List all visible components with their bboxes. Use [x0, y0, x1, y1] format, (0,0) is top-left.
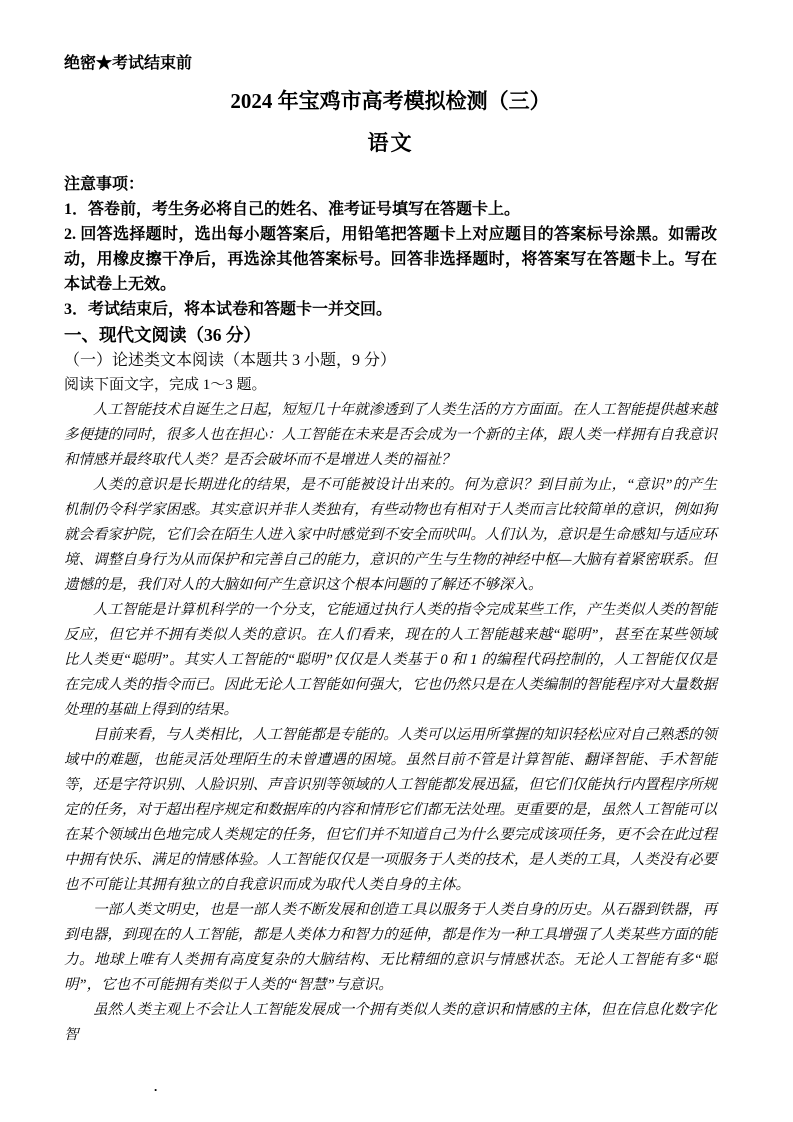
passage-paragraph-2: 人类的意识是长期进化的结果，是不可能被设计出来的。何为意识？到目前为止，“意识”…	[64, 473, 717, 598]
passage-paragraph-5: 一部人类文明史，也是一部人类不断发展和创造工具以服务于人类自身的历史。从石器到铁…	[64, 898, 717, 998]
passage-paragraph-1: 人工智能技术自诞生之日起，短短几十年就渗透到了人类生活的方方面面。在人工智能提供…	[64, 398, 717, 473]
exam-paper-page: 绝密★考试结束前 2024 年宝鸡市高考模拟检测（三） 语文 注意事项： 1．答…	[0, 0, 793, 1122]
stray-dot-artifact: .	[154, 1080, 157, 1093]
notice-item-1: 1．答卷前，考生务必将自己的姓名、准考证号填写在答题卡上。	[64, 197, 717, 222]
notice-item-3: 3．考试结束后，将本试卷和答题卡一并交回。	[64, 297, 717, 322]
passage-paragraph-3: 人工智能是计算机科学的一个分支，它能通过执行人类的指令完成某些工作，产生类似人类…	[64, 598, 717, 723]
reading-instruction: 阅读下面文字，完成 1～3 题。	[64, 373, 717, 398]
passage-paragraph-4: 目前来看，与人类相比，人工智能都是专能的。人类可以运用所掌握的知识轻松应对自己熟…	[64, 723, 717, 898]
reading-passage: 人工智能技术自诞生之日起，短短几十年就渗透到了人类生活的方方面面。在人工智能提供…	[64, 398, 717, 1048]
notice-item-2: 2. 回答选择题时，选出每小题答案后，用铅笔把答题卡上对应题目的答案标号涂黑。如…	[64, 222, 717, 297]
notice-heading: 注意事项：	[64, 172, 717, 197]
page-content: 绝密★考试结束前 2024 年宝鸡市高考模拟检测（三） 语文 注意事项： 1．答…	[64, 52, 717, 1048]
section-heading-modern-text-reading: 一、现代文阅读（36 分）	[64, 322, 717, 348]
security-classification-label: 绝密★考试结束前	[64, 52, 717, 76]
passage-paragraph-6: 虽然人类主观上不会让人工智能发展成一个拥有类似人类的意识和情感的主体，但在信息化…	[64, 998, 717, 1048]
notice-section: 注意事项： 1．答卷前，考生务必将自己的姓名、准考证号填写在答题卡上。 2. 回…	[64, 172, 717, 322]
subsection-heading-argumentative-reading: （一）论述类文本阅读（本题共 3 小题，9 分）	[64, 348, 717, 373]
exam-title: 2024 年宝鸡市高考模拟检测（三）	[64, 84, 717, 118]
subject-title: 语文	[64, 126, 717, 160]
